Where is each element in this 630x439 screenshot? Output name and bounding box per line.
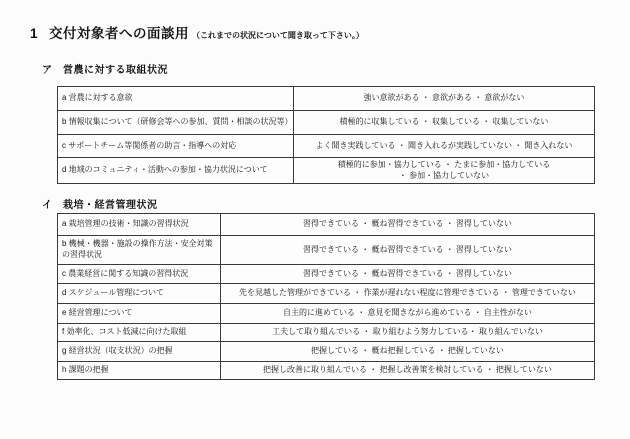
row-options: 把握し改善に取り組んでいる ・ 把握し改善策を検討している ・ 把握していない [221,362,595,380]
row-options: よく聞き実践している ・ 聞き入れるが実践していない ・ 聞き入れない [294,135,595,158]
table-row: d スケジュール管理について 先を見越した管理ができている ・ 作業が遅れない程… [58,284,595,304]
row-label: c 農業経営に関する知識の習得状況 [58,265,221,284]
row-options: 習得できている ・ 概ね習得できている ・ 習得していない [221,265,595,284]
table-row: c 農業経営に関する知識の習得状況 習得できている ・ 概ね習得できている ・ … [58,265,595,284]
table-row: g 経営状況（収支状況）の把握 把握している ・ 概ね把握している ・ 把握して… [58,342,595,362]
table-row: a 営農に対する意欲 強い意欲がある ・ 意欲がある ・ 意欲がない [58,87,595,111]
table-row: b 情報収集について（研修会等への参加、質問・相談の状況等） 積極的に収集してい… [58,111,595,135]
document-page: 1交付対象者への面談用（これまでの状況について聞き取って下さい。） ア 営農に対… [0,0,630,439]
row-label: b 機械・機器・施設の操作方法・安全対策の習得状況 [58,236,221,265]
row-options: 強い意欲がある ・ 意欲がある ・ 意欲がない [294,87,595,111]
row-options: 先を見越した管理ができている ・ 作業が遅れない程度に管理できている ・ 管理で… [221,284,595,304]
table-row: h 課題の把握 把握し改善に取り組んでいる ・ 把握し改善策を検討している ・ … [58,362,595,380]
row-label: h 課題の把握 [58,362,221,380]
title-number: 1 [30,26,38,41]
row-options: 自主的に進めている ・ 意見を聞きながら進めている ・ 自主性がない [221,304,595,324]
table-row: f 効率化、コスト低減に向けた取組 工夫して取り組んでいる ・ 取り組むよう努力… [58,324,595,342]
row-label: a 栽培管理の技術・知識の習得状況 [58,214,221,236]
section-i-table: a 栽培管理の技術・知識の習得状況 習得できている ・ 概ね習得できている ・ … [57,213,595,380]
title-text: 交付対象者への面談用 [49,26,189,41]
row-label: b 情報収集について（研修会等への参加、質問・相談の状況等） [58,111,294,135]
title-note: （これまでの状況について聞き取って下さい。） [192,31,364,40]
table-row: b 機械・機器・施設の操作方法・安全対策の習得状況 習得できている ・ 概ね習得… [58,236,595,265]
row-options: 工夫して取り組んでいる ・ 取り組むよう努力している・ 取り組んでいない [221,324,595,342]
row-label: f 効率化、コスト低減に向けた取組 [58,324,221,342]
table-row: c サポートチーム等関係者の助言・指導への対応 よく聞き実践している ・ 聞き入… [58,135,595,158]
section-a-heading: ア 営農に対する取組状況 [42,61,168,76]
table-row: d 地域のコミュニティ・活動への参加・協力状況について 積極的に参加・協力してい… [58,158,595,184]
row-options: 積極的に収集している ・ 収集している ・ 収集していない [294,111,595,135]
row-options: 習得できている ・ 概ね習得できている ・ 習得していない [221,214,595,236]
section-i-heading: イ 栽培・経営管理状況 [42,196,158,211]
row-label: a 営農に対する意欲 [58,87,294,111]
row-label: g 経営状況（収支状況）の把握 [58,342,221,362]
row-label: c サポートチーム等関係者の助言・指導への対応 [58,135,294,158]
row-label: d スケジュール管理について [58,284,221,304]
table-row: a 栽培管理の技術・知識の習得状況 習得できている ・ 概ね習得できている ・ … [58,214,595,236]
row-options: 習得できている ・ 概ね習得できている ・ 習得していない [221,236,595,265]
page-title: 1交付対象者への面談用（これまでの状況について聞き取って下さい。） [30,22,364,42]
section-a-table: a 営農に対する意欲 強い意欲がある ・ 意欲がある ・ 意欲がない b 情報収… [57,86,595,184]
row-label: d 地域のコミュニティ・活動への参加・協力状況について [58,158,294,184]
row-options: 把握している ・ 概ね把握している ・ 把握していない [221,342,595,362]
row-options: 積極的に参加・協力している ・ たまに参加・協力している ・ 参加・協力していな… [294,158,595,184]
table-row: e 経営管理について 自主的に進めている ・ 意見を聞きながら進めている ・ 自… [58,304,595,324]
row-label: e 経営管理について [58,304,221,324]
